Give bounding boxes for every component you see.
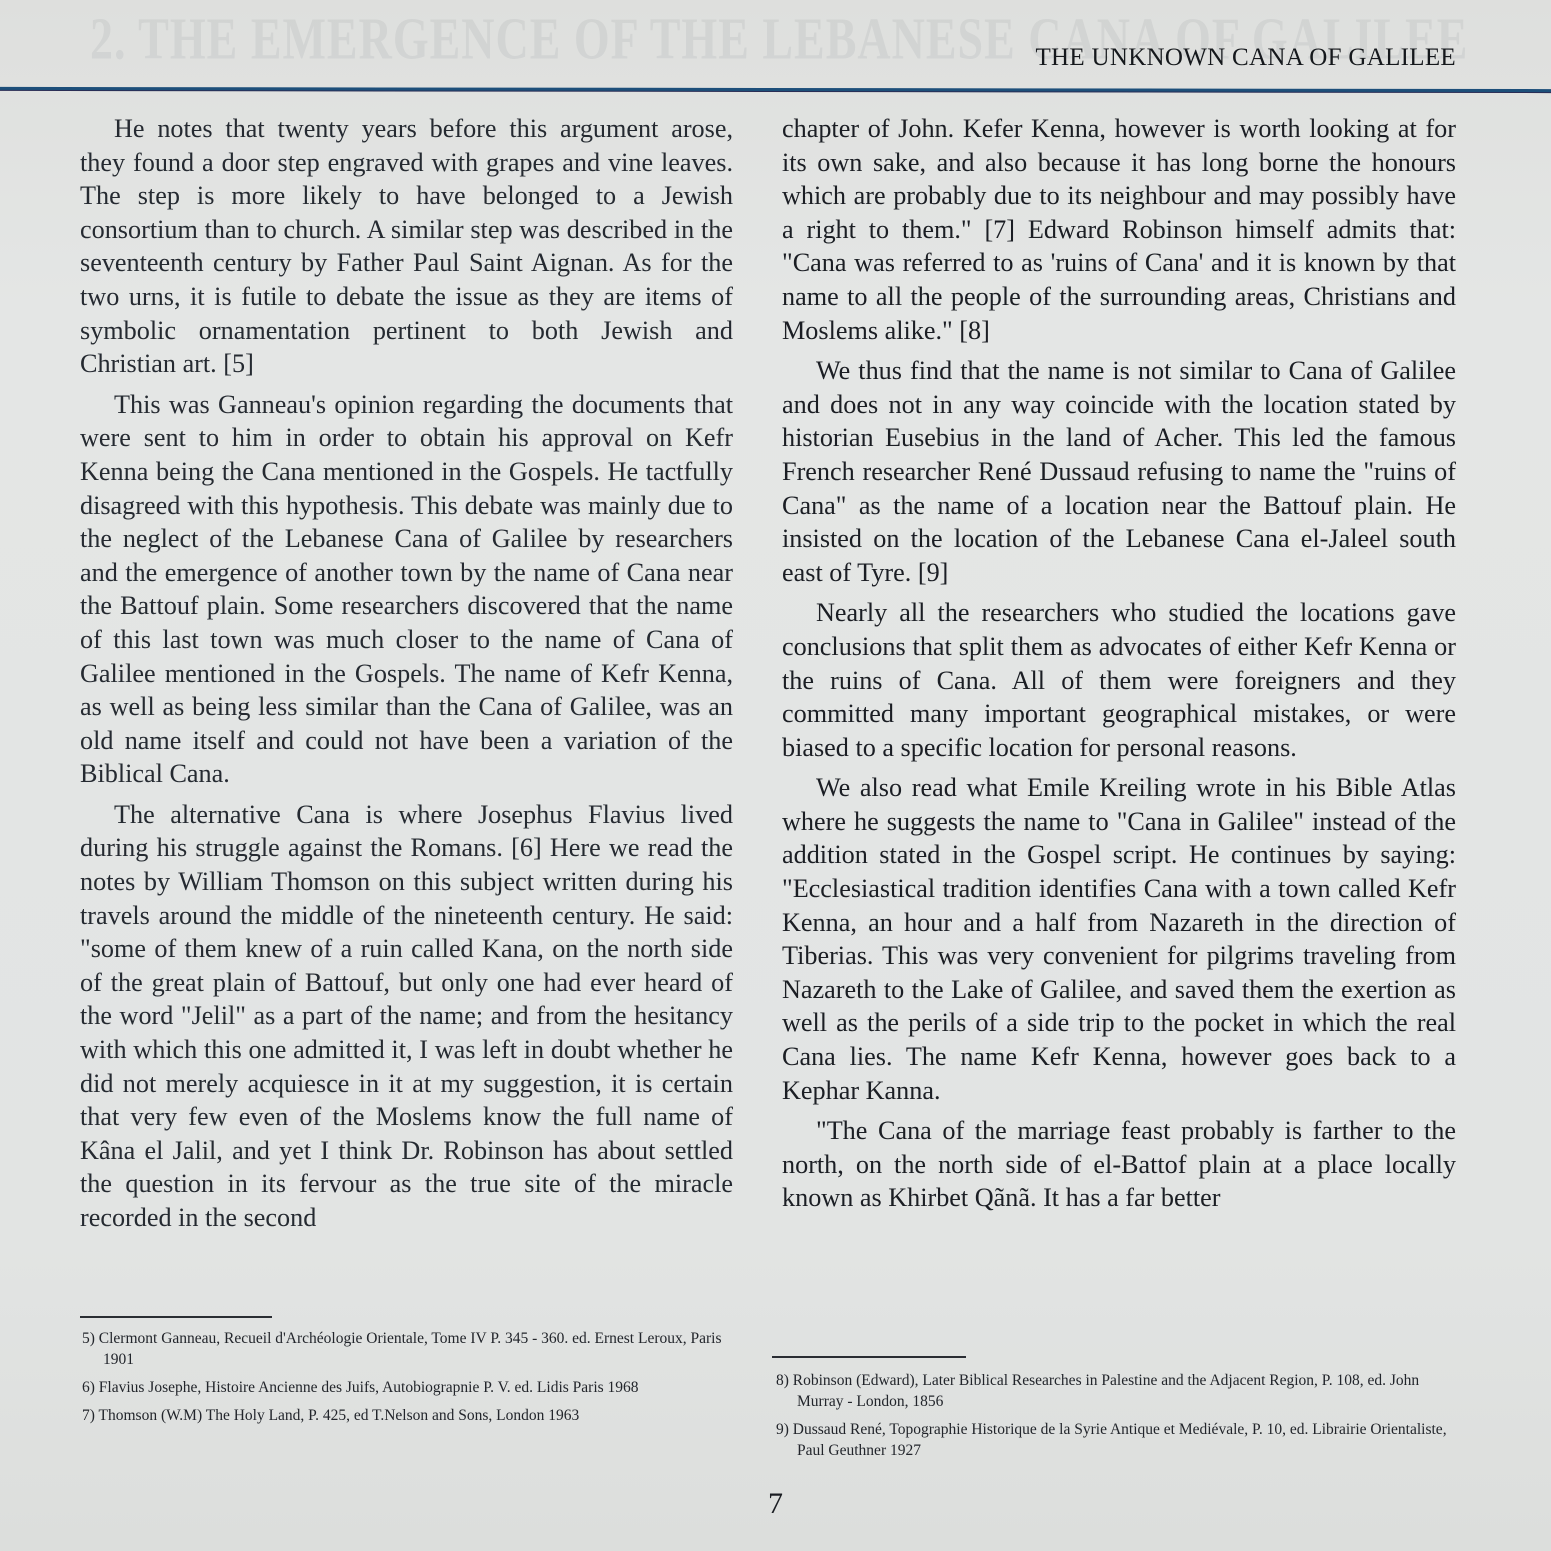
left-text-column: He notes that twenty years before this a… bbox=[80, 112, 733, 1242]
footnote-9: 9) Dussaud René, Topographie Historique … bbox=[776, 1419, 1456, 1461]
right-footnotes: 8) Robinson (Edward), Later Biblical Res… bbox=[776, 1370, 1456, 1468]
paragraph: We thus find that the name is not simila… bbox=[782, 354, 1456, 589]
paragraph: This was Ganneau's opinion regarding the… bbox=[80, 388, 733, 791]
footnote-7: 7) Thomson (W.M) The Holy Land, P. 425, … bbox=[82, 1405, 732, 1426]
footnote-5: 5) Clermont Ganneau, Recueil d'Archéolog… bbox=[82, 1328, 732, 1370]
paragraph: We also read what Emile Kreiling wrote i… bbox=[782, 771, 1456, 1107]
footnote-rule-right bbox=[772, 1356, 966, 1358]
page-number: 7 bbox=[768, 1487, 783, 1521]
footnote-6: 6) Flavius Josephe, Histoire Ancienne de… bbox=[82, 1377, 732, 1398]
footnote-rule-left bbox=[80, 1316, 272, 1318]
paragraph: The alternative Cana is where Josephus F… bbox=[80, 798, 733, 1235]
left-footnotes: 5) Clermont Ganneau, Recueil d'Archéolog… bbox=[82, 1328, 732, 1433]
paragraph: Nearly all the researchers who studied t… bbox=[782, 596, 1456, 764]
footnote-8: 8) Robinson (Edward), Later Biblical Res… bbox=[776, 1370, 1456, 1412]
paragraph: chapter of John. Kefer Kenna, however is… bbox=[782, 112, 1456, 347]
running-header-title: THE UNKNOWN CANA OF GALILEE bbox=[1035, 44, 1456, 72]
paragraph: He notes that twenty years before this a… bbox=[80, 112, 733, 381]
right-text-column: chapter of John. Kefer Kenna, however is… bbox=[782, 112, 1456, 1222]
paragraph: "The Cana of the marriage feast probably… bbox=[782, 1114, 1456, 1215]
